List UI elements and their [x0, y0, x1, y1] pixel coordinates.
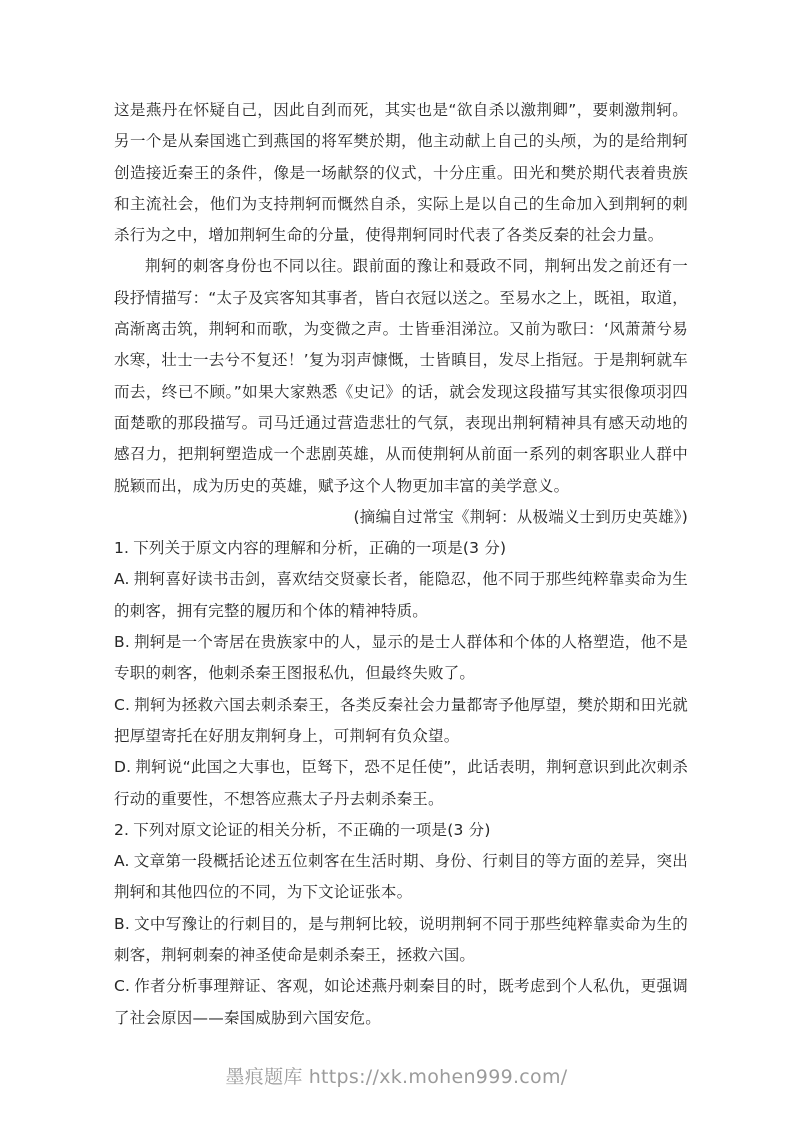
option-c-text: 荆轲为拯救六国去刺杀秦王，各类反秦社会力量都寄予他厚望，樊於期和田光就把厚望寄托… [114, 696, 688, 745]
question-1-option-d: D.荆轲说“此国之大事也，臣驽下，恐不足任使”，此话表明，荆轲意识到此次刺杀行动… [114, 752, 688, 815]
option-a-text: 荆轲喜好读书击剑，喜欢结交贤豪长者，能隐忍，他不同于那些纯粹靠卖命为生的刺客，拥… [114, 570, 688, 619]
option-d-label: D. [114, 758, 131, 776]
exam-content: 这是燕丹在怀疑自己，因此自刭而死，其实也是“欲自杀以激荆卿”，要刺激荆轲。另一个… [114, 95, 688, 1034]
document-page: 这是燕丹在怀疑自己，因此自刭而死，其实也是“欲自杀以激荆卿”，要刺激荆轲。另一个… [0, 0, 793, 1122]
question-1: 1.下列关于原文内容的理解和分析，正确的一项是(3 分) A.荆轲喜好读书击剑，… [114, 533, 688, 815]
watermark-footer: 墨痕题库https://xk.mohen999.com/ [0, 1062, 793, 1089]
question-1-option-c: C.荆轲为拯救六国去刺杀秦王，各类反秦社会力量都寄予他厚望，樊於期和田光就把厚望… [114, 690, 688, 753]
question-1-number: 1. [114, 539, 129, 557]
question-1-option-b: B.荆轲是一个寄居在贵族家中的人，显示的是士人群体和个体的人格塑造，他不是专职的… [114, 627, 688, 690]
passage-attribution: (摘编自过常宝《荆轲：从极端义士到历史英雄》) [114, 502, 688, 533]
passage-paragraph-2: 荆轲的刺客身份也不同以往。跟前面的豫让和聂政不同，荆轲出发之前还有一段抒情描写：… [114, 251, 688, 501]
option-a-text: 文章第一段概括论述五位刺客在生活时期、身份、行刺目的等方面的差异，突出荆轲和其他… [114, 852, 688, 901]
option-c-label: C. [114, 696, 130, 714]
question-2: 2.下列对原文论证的相关分析，不正确的一项是(3 分) A.文章第一段概括论述五… [114, 815, 688, 1034]
question-2-option-b: B.文中写豫让的行刺目的，是与荆轲比较，说明荆轲不同于那些纯粹靠卖命为生的刺客，… [114, 909, 688, 972]
option-d-text: 荆轲说“此国之大事也，臣驽下，恐不足任使”，此话表明，荆轲意识到此次刺杀行动的重… [114, 758, 688, 807]
question-2-stem: 2.下列对原文论证的相关分析，不正确的一项是(3 分) [114, 815, 688, 846]
option-b-text: 荆轲是一个寄居在贵族家中的人，显示的是士人群体和个体的人格塑造，他不是专职的刺客… [114, 633, 688, 682]
option-b-text: 文中写豫让的行刺目的，是与荆轲比较，说明荆轲不同于那些纯粹靠卖命为生的刺客，荆轲… [114, 915, 688, 964]
passage-paragraph-1: 这是燕丹在怀疑自己，因此自刭而死，其实也是“欲自杀以激荆卿”，要刺激荆轲。另一个… [114, 95, 688, 251]
question-2-stem-text: 下列对原文论证的相关分析，不正确的一项是(3 分) [133, 821, 490, 839]
option-c-label: C. [114, 977, 130, 995]
question-2-number: 2. [114, 821, 129, 839]
question-2-option-a: A.文章第一段概括论述五位刺客在生活时期、身份、行刺目的等方面的差异，突出荆轲和… [114, 846, 688, 909]
option-b-label: B. [114, 915, 130, 933]
watermark-site-name: 墨痕题库 [226, 1066, 303, 1088]
watermark-site-url: https://xk.mohen999.com/ [309, 1066, 568, 1088]
option-c-text: 作者分析事理辩证、客观，如论述燕丹刺秦目的时，既考虑到个人私仇，更强调了社会原因… [114, 977, 688, 1026]
question-2-option-c: C.作者分析事理辩证、客观，如论述燕丹刺秦目的时，既考虑到个人私仇，更强调了社会… [114, 971, 688, 1034]
option-a-label: A. [114, 570, 130, 588]
option-a-label: A. [114, 852, 130, 870]
question-1-stem-text: 下列关于原文内容的理解和分析，正确的一项是(3 分) [133, 539, 506, 557]
option-b-label: B. [114, 633, 130, 651]
question-1-stem: 1.下列关于原文内容的理解和分析，正确的一项是(3 分) [114, 533, 688, 564]
question-1-option-a: A.荆轲喜好读书击剑，喜欢结交贤豪长者，能隐忍，他不同于那些纯粹靠卖命为生的刺客… [114, 564, 688, 627]
